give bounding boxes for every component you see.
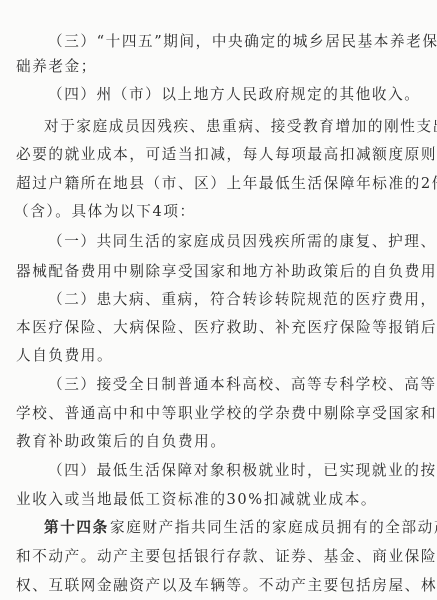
text-line: 人自负费用。 <box>16 346 113 366</box>
text-line: 超过户籍所在地县（市、区）上年最低生活保障年标准的2倍 <box>16 174 437 194</box>
text-line: 教育补助政策后的自负费用。 <box>16 432 227 452</box>
text-line: （二）患大病、重病，符合转诊转院规范的医疗费用，经基 <box>48 290 437 310</box>
text-line: 和不动产。动产主要包括银行存款、证券、基金、商业保险、债 <box>16 547 437 567</box>
text-line: 权、互联网金融资产以及车辆等。不动产主要包括房屋、林木等 <box>16 576 437 596</box>
text-line: （三）接受全日制普通本科高校、高等专科学校、高等职业 <box>48 375 437 395</box>
text-line: （四）最低生活保障对象积极就业时，已实现就业的按其就 <box>48 461 437 481</box>
text-line: （四）州（市）以上地方人民政府规定的其他收入。 <box>48 85 420 105</box>
text-line: 业收入或当地最低工资标准的30%扣减就业成本。 <box>16 490 377 510</box>
text-line: 对于家庭成员因残疾、患重病、接受教育增加的刚性支出和 <box>44 117 437 137</box>
text-line: 器械配备费用中剔除享受国家和地方补助政策后的自负费用。 <box>16 262 437 282</box>
text-line: 必要的就业成本，可适当扣减，每人每项最高扣减额度原则上不 <box>16 145 437 165</box>
text-line: （三）“十四五”期间，中央确定的城乡居民基本养老保险基 <box>48 32 437 52</box>
document-page: （三）“十四五”期间，中央确定的城乡居民基本养老保险基 础养老金； （四）州（市… <box>0 0 437 600</box>
text-line: 家庭财产指共同生活的家庭成员拥有的全部动产 <box>110 518 437 538</box>
text-line: 础养老金； <box>16 57 97 77</box>
article-heading: 第十四条 <box>44 518 109 538</box>
text-line: （一）共同生活的家庭成员因残疾所需的康复、护理、辅助 <box>48 232 437 252</box>
text-line: 本医疗保险、大病保险、医疗救助、补充医疗保险等报销后的个 <box>16 318 437 338</box>
text-line: 学校、普通高中和中等职业学校的学杂费中剔除享受国家和地方 <box>16 404 437 424</box>
text-line: （含）。具体为以下4项： <box>14 202 196 222</box>
